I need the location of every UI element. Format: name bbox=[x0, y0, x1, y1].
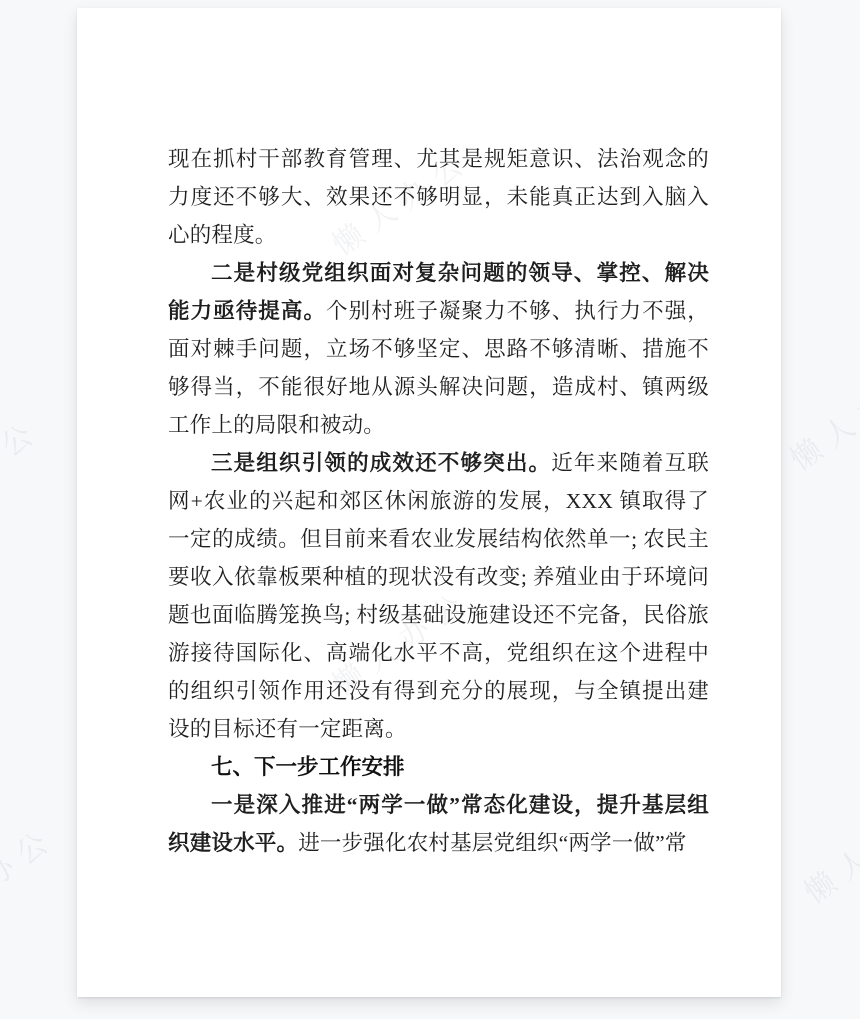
watermark-text: 懒人办公 bbox=[0, 406, 48, 534]
app-canvas: 现在抓村干部教育管理、尤其是规矩意识、法治观念的力度还不够大、效果还不够明显，未… bbox=[0, 0, 860, 1019]
watermark-text: 懒人办公 bbox=[0, 814, 63, 942]
paragraph-lead: 二是村级党组织面对复杂问题的领导、掌控、解决能力亟待提高。 bbox=[168, 261, 709, 323]
paragraph: 现在抓村干部教育管理、尤其是规矩意识、法治观念的力度还不够大、效果还不够明显，未… bbox=[168, 140, 709, 254]
section-heading: 七、下一步工作安排 bbox=[168, 748, 709, 786]
document-body: 现在抓村干部教育管理、尤其是规矩意识、法治观念的力度还不够大、效果还不够明显，未… bbox=[168, 140, 709, 862]
paragraph: 一是深入推进“两学一做”常态化建设，提升基层组织建设水平。进一步强化农村基层党组… bbox=[168, 786, 709, 862]
document-page: 现在抓村干部教育管理、尤其是规矩意识、法治观念的力度还不够大、效果还不够明显，未… bbox=[77, 8, 781, 997]
watermark-text: 懒人办公 bbox=[794, 784, 860, 912]
paragraph: 三是组织引领的成效还不够突出。近年来随着互联网+农业的兴起和郊区休闲旅游的发展，… bbox=[168, 444, 709, 748]
paragraph: 二是村级党组织面对复杂问题的领导、掌控、解决能力亟待提高。个别村班子凝聚力不够、… bbox=[168, 254, 709, 444]
watermark-text: 懒人办公 bbox=[780, 351, 860, 479]
paragraph-lead: 一是深入推进“两学一做”常态化建设，提升基层组织建设水平。 bbox=[168, 793, 709, 855]
paragraph-lead: 三是组织引领的成效还不够突出。 bbox=[211, 451, 551, 475]
